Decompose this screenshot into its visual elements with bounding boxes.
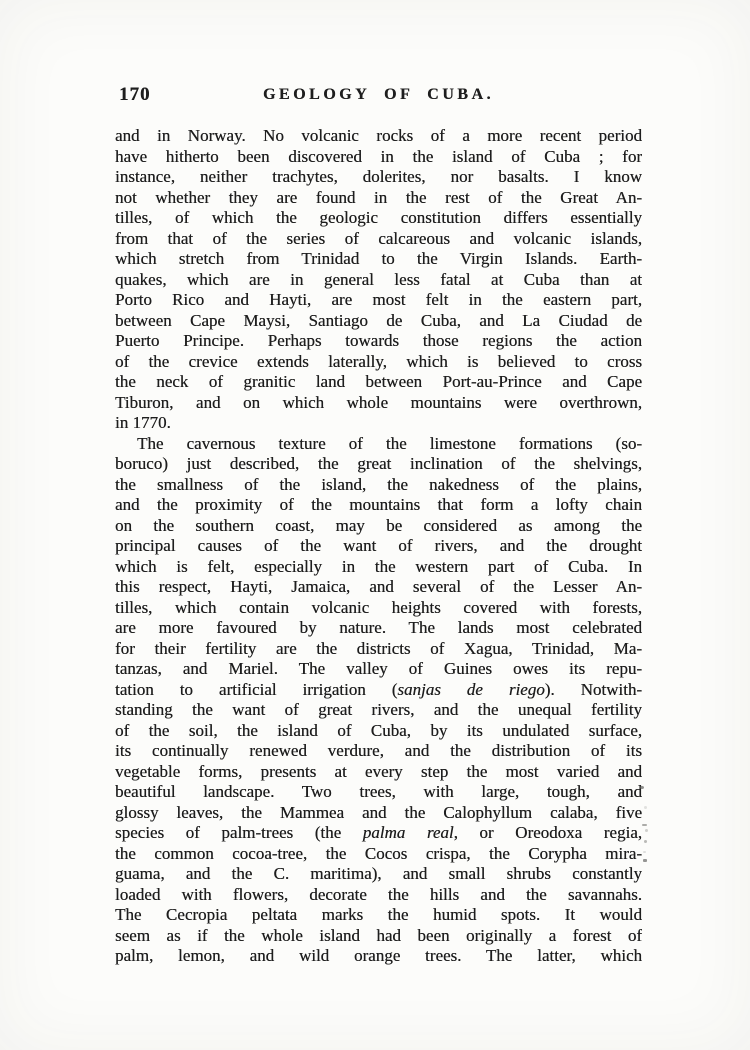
scan-speck xyxy=(644,840,647,843)
italic-text: sanjas de riego xyxy=(397,680,544,699)
page-body: and in Norway. No volcanic rocks of a mo… xyxy=(115,126,642,967)
text-segment: tation to artificial irrigation ( xyxy=(115,680,397,699)
text-line: and the proximity of the mountains that … xyxy=(115,495,642,516)
text-line: guama, and the C. maritima), and small s… xyxy=(115,864,642,885)
text-line: beautiful landscape. Two trees, with lar… xyxy=(115,782,642,803)
text-line: Tiburon, and on which whole mountains we… xyxy=(115,393,642,414)
text-line: are more favoured by nature. The lands m… xyxy=(115,618,642,639)
text-line: its continually renewed verdure, and the… xyxy=(115,741,642,762)
text-line: of the soil, the island of Cuba, by its … xyxy=(115,721,642,742)
text-line: vegetable forms, presents at every step … xyxy=(115,762,642,783)
text-line: quakes, which are in general less fatal … xyxy=(115,270,642,291)
text-line: boruco) just described, the great inclin… xyxy=(115,454,642,475)
text-line: not whether they are found in the rest o… xyxy=(115,188,642,209)
text-line: seem as if the whole island had been ori… xyxy=(115,926,642,947)
text-line: in 1770. xyxy=(115,413,642,434)
text-line: species of palm-trees (the palma real, o… xyxy=(115,823,642,844)
text-line: between Cape Maysi, Santiago de Cuba, an… xyxy=(115,311,642,332)
text-line: loaded with flowers, decorate the hills … xyxy=(115,885,642,906)
scan-speck xyxy=(645,829,648,832)
text-line: tilles, of which the geologic constituti… xyxy=(115,208,642,229)
text-line: of the crevice extends laterally, which … xyxy=(115,352,642,373)
scan-speck xyxy=(642,824,647,826)
text-segment: species of palm-trees (the xyxy=(115,823,363,842)
text-line: have hitherto been discovered in the isl… xyxy=(115,147,642,168)
text-line: tilles, which contain volcanic heights c… xyxy=(115,598,642,619)
text-line: this respect, Hayti, Jamaica, and severa… xyxy=(115,577,642,598)
text-line: the smallness of the island, the nakedne… xyxy=(115,475,642,496)
text-line: instance, neither trachytes, dolerites, … xyxy=(115,167,642,188)
page-header: 170 GEOLOGY OF CUBA. xyxy=(115,84,642,108)
text-line: glossy leaves, the Mammea and the Caloph… xyxy=(115,803,642,824)
text-segment: ). Notwith- xyxy=(545,680,642,699)
scan-speck xyxy=(644,806,647,809)
text-line: which is felt, especially in the western… xyxy=(115,557,642,578)
book-page: 170 GEOLOGY OF CUBA. and in Norway. No v… xyxy=(0,0,750,1050)
italic-text: palma real xyxy=(363,823,454,842)
text-line: principal causes of the want of rivers, … xyxy=(115,536,642,557)
text-line: which stretch from Trinidad to the Virgi… xyxy=(115,249,642,270)
scan-speck xyxy=(640,786,644,789)
text-line: Porto Rico and Hayti, are most felt in t… xyxy=(115,290,642,311)
text-line: tation to artificial irrigation (sanjas … xyxy=(115,680,642,701)
page-number: 170 xyxy=(119,84,151,106)
scan-speck xyxy=(643,851,646,853)
text-line: palm, lemon, and wild orange trees. The … xyxy=(115,946,642,967)
text-line: on the southern coast, may be considered… xyxy=(115,516,642,537)
text-line: Puerto Principe. Perhaps towards those r… xyxy=(115,331,642,352)
text-line: The cavernous texture of the limestone f… xyxy=(115,434,642,455)
text-line: tanzas, and Mariel. The valley of Guines… xyxy=(115,659,642,680)
scan-speck xyxy=(643,859,647,862)
text-line: for their fertility are the districts of… xyxy=(115,639,642,660)
text-line: the common cocoa-tree, the Cocos crispa,… xyxy=(115,844,642,865)
text-segment: , or Oreodoxa regia, xyxy=(454,823,642,842)
text-line: from that of the series of calcareous an… xyxy=(115,229,642,250)
text-line: standing the want of great rivers, and t… xyxy=(115,700,642,721)
running-title: GEOLOGY OF CUBA. xyxy=(115,84,642,104)
text-line: The Cecropia peltata marks the humid spo… xyxy=(115,905,642,926)
text-line: the neck of granitic land between Port-a… xyxy=(115,372,642,393)
text-line: and in Norway. No volcanic rocks of a mo… xyxy=(115,126,642,147)
